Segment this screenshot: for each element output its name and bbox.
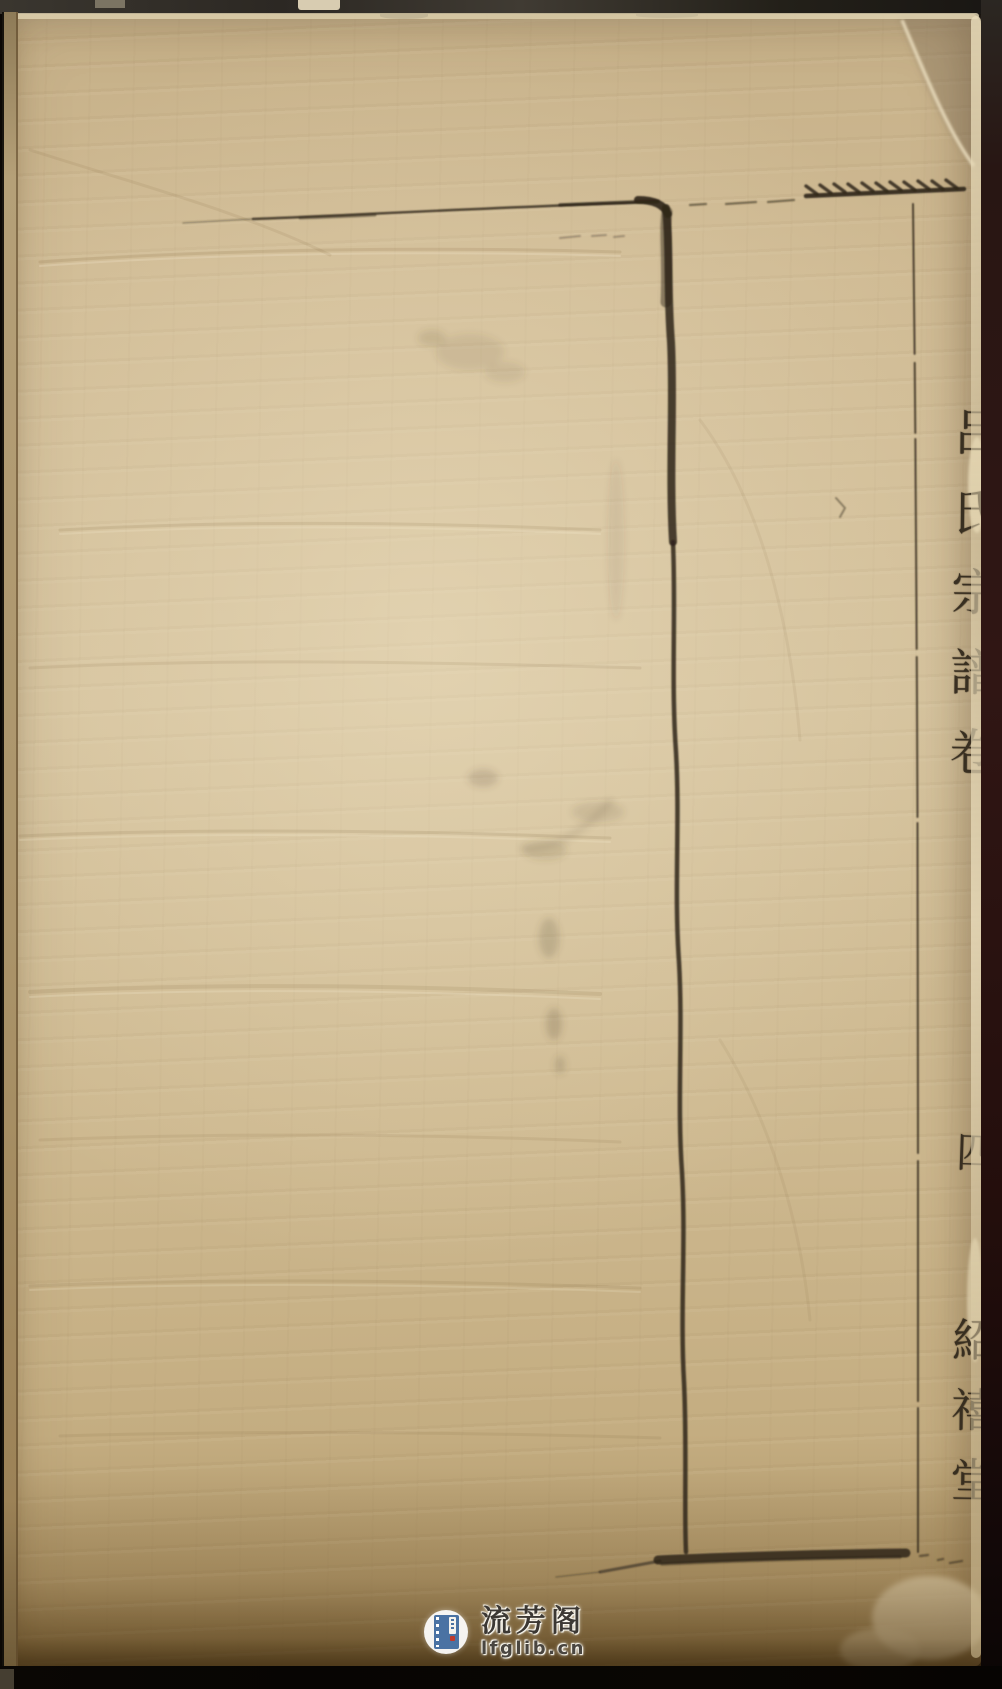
top-binding-edge: [0, 0, 1002, 14]
top-paper-edge-highlight: [4, 13, 979, 19]
bottom-scan-edge: [0, 1666, 1002, 1689]
book-red-seal: [450, 1636, 455, 1641]
top-edge-notch: [95, 0, 125, 8]
watermark-site-name: 流芳阁: [481, 1605, 586, 1639]
book-title-label: [449, 1617, 456, 1634]
right-paper-edge-highlight: [971, 16, 981, 1658]
bottom-left-edge-patch: [0, 1669, 14, 1689]
book-stitch-holes: [436, 1617, 439, 1647]
book-scan-page: 吕氏宗譜卷 四 紹禧堂 流芳阁 lfglib.cn: [0, 0, 1002, 1689]
stitched-book-icon: [434, 1615, 459, 1649]
right-binding-edge: [981, 0, 1002, 1689]
left-page-stack-edge: [2, 12, 18, 1666]
watermark: 流芳阁 lfglib.cn: [424, 1607, 604, 1661]
watermark-site-url: lfglib.cn: [481, 1638, 586, 1659]
watermark-logo: [424, 1610, 468, 1654]
top-edge-paper-tab: [298, 0, 340, 10]
paper-sheet: [2, 12, 981, 1666]
